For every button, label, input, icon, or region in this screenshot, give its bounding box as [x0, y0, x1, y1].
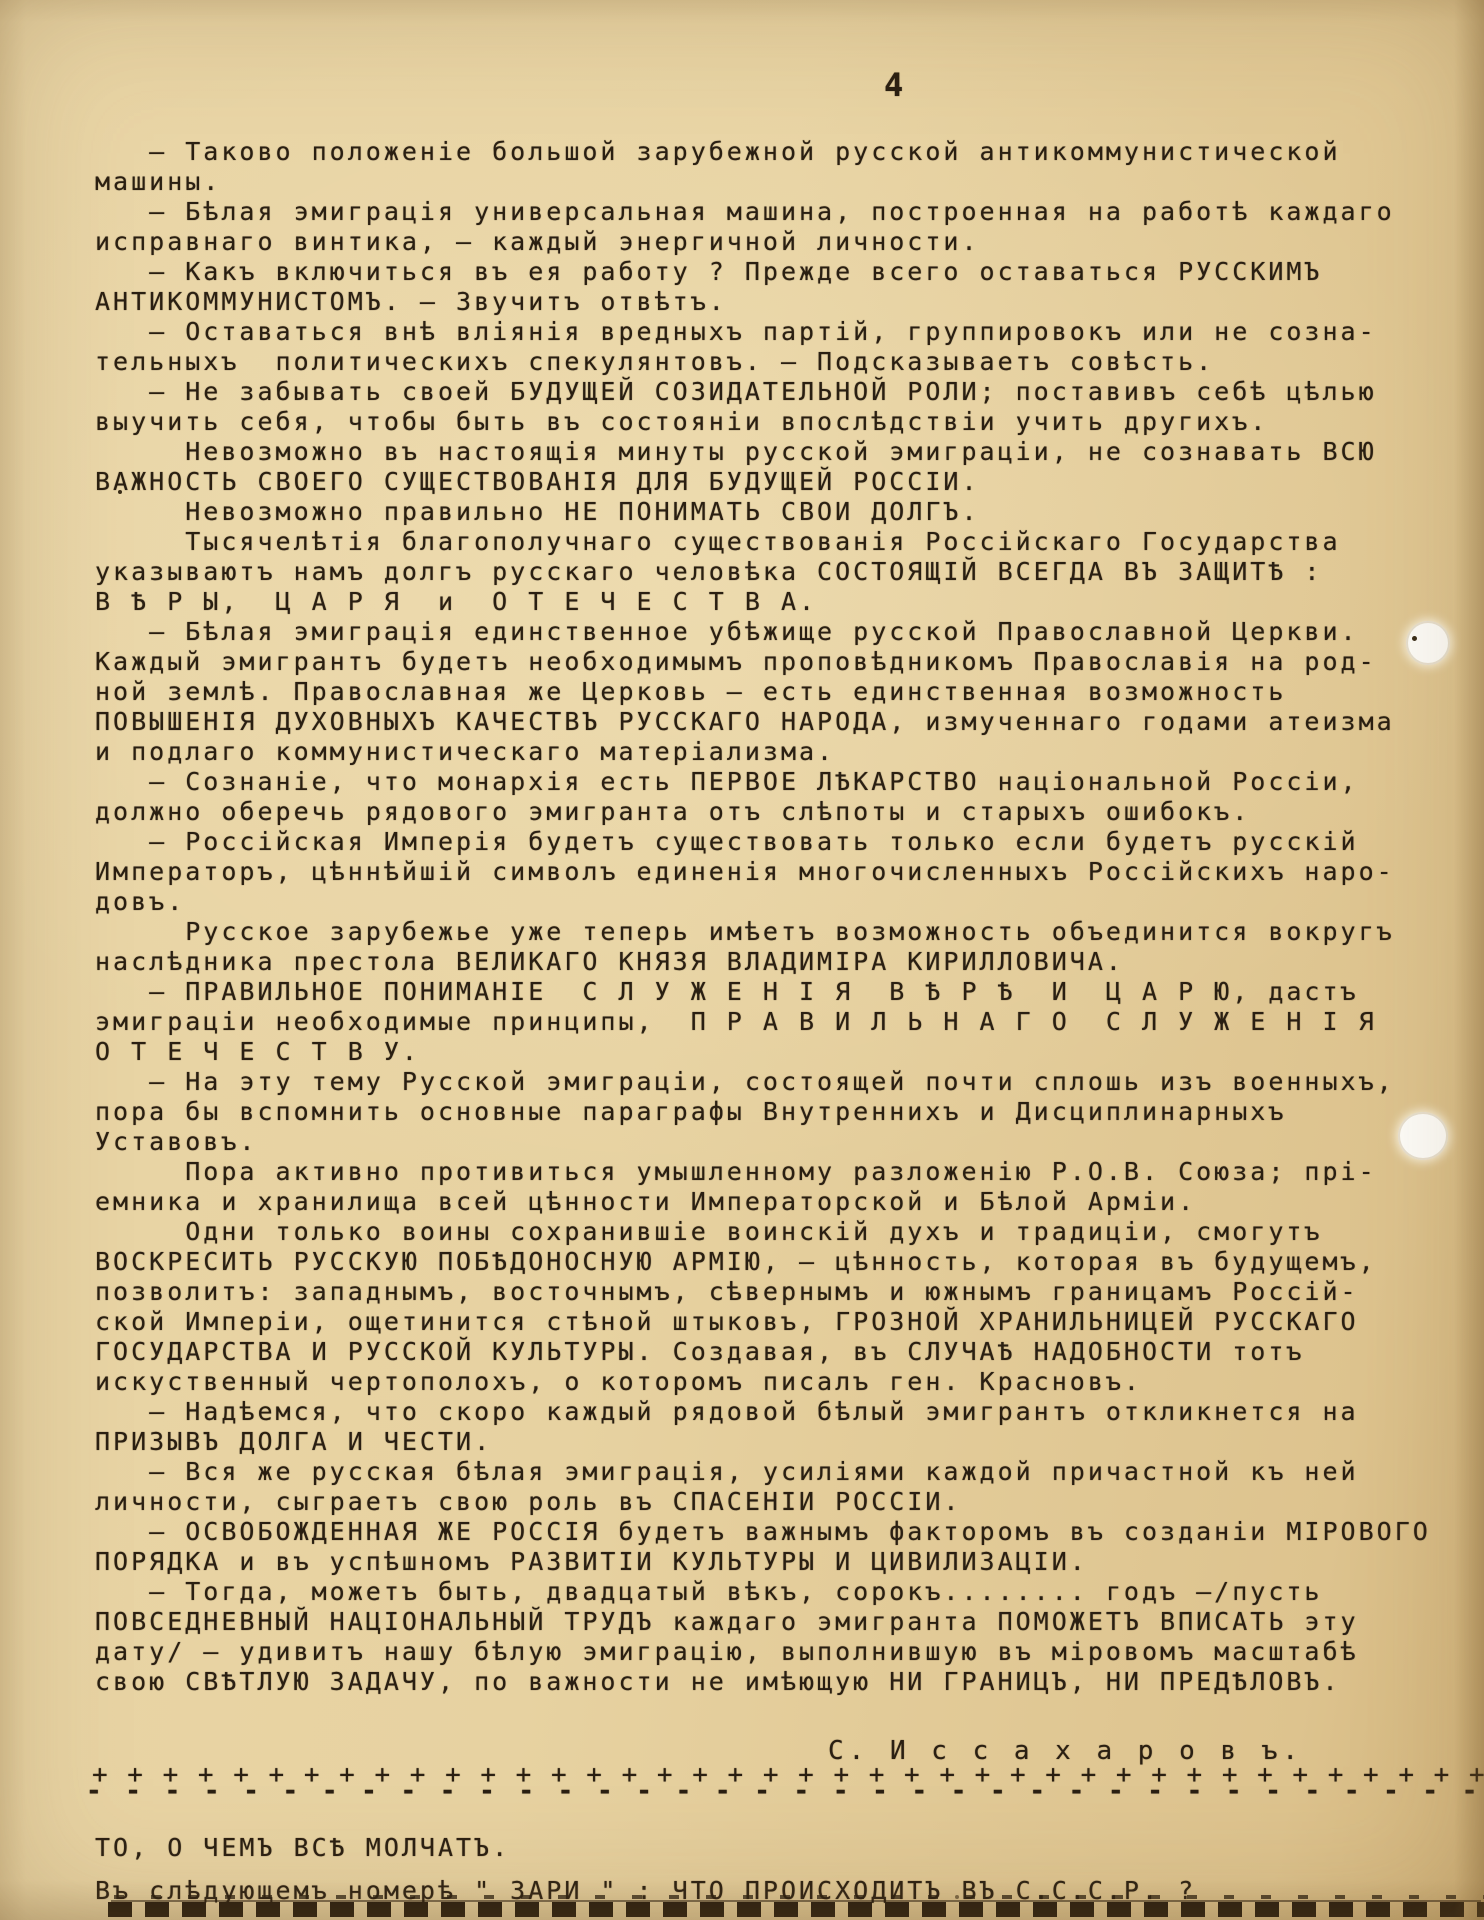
ink-speck: [955, 1895, 959, 1899]
text-line: дату/ – удивитъ нашу бѣлую эмиграцію, вы…: [95, 1637, 1475, 1667]
text-line: Уставовъ.: [95, 1127, 1475, 1157]
text-line: емника и хранилища всей цѣнности Императ…: [95, 1187, 1475, 1217]
text-line: ПОРЯДКА и въ успѣшномъ РАЗВИТІИ КУЛЬТУРЫ…: [95, 1547, 1475, 1577]
text-line: АНТИКОММУНИСТОМЪ. – Звучитъ отвѣтъ.: [95, 287, 1475, 317]
text-line: эмиграціи необходимые принципы, П Р А В …: [95, 1007, 1475, 1037]
text-line: машины.: [95, 167, 1475, 197]
text-line: – Бѣлая эмиграція единственное убѣжище р…: [95, 617, 1475, 647]
text-line: ПОВСЕДНЕВНЫЙ НАЦІОНАЛЬНЫЙ ТРУДЪ каждаго …: [95, 1607, 1475, 1637]
text-line: Пора активно противиться умышленному раз…: [95, 1157, 1475, 1187]
text-line: ской Имперіи, ощетинится стѣной штыковъ,…: [95, 1307, 1475, 1337]
text-line: свою СВѢТЛУЮ ЗАДАЧУ, по важности не имѣю…: [95, 1667, 1475, 1697]
typewritten-body: – Таково положеніе большой зарубежной ру…: [95, 137, 1475, 1697]
text-line: Русское зарубежье уже теперь имѣетъ возм…: [95, 917, 1475, 947]
text-line: и подлаго коммунистическаго матеріализма…: [95, 737, 1475, 767]
text-line: ВОСКРЕСИТЬ РУССКУЮ ПОБѢДОНОСНУЮ АРМІЮ, –…: [95, 1247, 1475, 1277]
text-line: – На эту тему Русской эмиграціи, состоящ…: [95, 1067, 1475, 1097]
text-line: ПРИЗЫВЪ ДОЛГА И ЧЕСТИ.: [95, 1427, 1475, 1457]
text-line: ВАЖНОСТЬ СВОЕГО СУЩЕСТВОВАНІЯ ДЛЯ БУДУЩЕ…: [95, 467, 1475, 497]
ink-speck: [118, 490, 122, 494]
text-line: Каждый эмигрантъ будетъ необходимымъ про…: [95, 647, 1475, 677]
text-line: ной землѣ. Православная же Церковь – ест…: [95, 677, 1475, 707]
footer-announcement: ТО, О ЧЕМЪ ВСѢ МОЛЧАТЪ. Въ слѣдующемъ но…: [95, 1826, 1475, 1912]
text-line: искуственный чертополохъ, о которомъ пис…: [95, 1367, 1475, 1397]
text-line: О Т Е Ч Е С Т В У.: [95, 1037, 1475, 1067]
page-number: 4: [884, 66, 905, 104]
text-line: – Какъ включиться въ ея работу ? Прежде …: [95, 257, 1475, 287]
text-line: Одни только воины сохранившіе воинскій д…: [95, 1217, 1475, 1247]
text-line: – ОСВОБОЖДЕННАЯ ЖЕ РОССІЯ будетъ важнымъ…: [95, 1517, 1475, 1547]
text-line: Невозможно въ настоящія минуты русской э…: [95, 437, 1475, 467]
text-line: пора бы вспомнить основные параграфы Вну…: [95, 1097, 1475, 1127]
text-line: исправнаго винтика, – каждый энергичной …: [95, 227, 1475, 257]
text-line: довъ.: [95, 887, 1475, 917]
text-line: наслѣдника престола ВЕЛИКАГО КНЯЗЯ ВЛАДИ…: [95, 947, 1475, 977]
ink-speck: [1412, 636, 1417, 641]
text-line: – Россійская Имперія будетъ существовать…: [95, 827, 1475, 857]
text-line: указываютъ намъ долгъ русскаго человѣка …: [95, 557, 1475, 587]
text-line: – Сознаніе, что монархія есть ПЕРВОЕ ЛѢК…: [95, 767, 1475, 797]
text-line: позволитъ: западнымъ, восточнымъ, сѣверн…: [95, 1277, 1475, 1307]
text-line: личности, сыграетъ свою роль въ СПАСЕНІИ…: [95, 1487, 1475, 1517]
punch-hole: [1406, 621, 1450, 665]
text-line: – Надѣемся, что скоро каждый рядовой бѣл…: [95, 1397, 1475, 1427]
text-line: В Ѣ Р Ы, Ц А Р Я и О Т Е Ч Е С Т В А.: [95, 587, 1475, 617]
text-line: – Вся же русская бѣлая эмиграція, усилія…: [95, 1457, 1475, 1487]
punch-hole: [1398, 1112, 1448, 1160]
text-line: должно оберечь рядового эмигранта отъ сл…: [95, 797, 1475, 827]
text-line: Невозможно правильно НЕ ПОНИМАТЬ СВОИ ДО…: [95, 497, 1475, 527]
text-line: – Бѣлая эмиграція универсальная машина, …: [95, 197, 1475, 227]
text-line: Тысячелѣтія благополучнаго существованія…: [95, 527, 1475, 557]
text-line: – Не забывать своей БУДУЩЕЙ СОЗИДАТЕЛЬНО…: [95, 377, 1475, 407]
text-line: – Тогда, можетъ быть, двадцатый вѣкъ, со…: [95, 1577, 1475, 1607]
text-line: выучить себя, чтобы быть въ состояніи вп…: [95, 407, 1475, 437]
text-line: – ПРАВИЛЬНОЕ ПОНИМАНІЕ С Л У Ж Е Н І Я В…: [95, 977, 1475, 1007]
text-line: ГОСУДАРСТВА И РУССКОЙ КУЛЬТУРЫ. Создавая…: [95, 1337, 1475, 1367]
text-line: Императоръ, цѣннѣйшій символъ единенія м…: [95, 857, 1475, 887]
document-page: 4 – Таково положеніе большой зарубежной …: [0, 0, 1484, 1920]
text-line: ПОВЫШЕНІЯ ДУХОВНЫХЪ КАЧЕСТВЪ РУССКАГО НА…: [95, 707, 1475, 737]
dash-separator-row: - - - - - - - - - - - - - - - - - - - - …: [86, 1776, 1484, 1806]
text-line: – Оставаться внѣ вліянія вредныхъ партій…: [95, 317, 1475, 347]
bottom-dashed-rule: [108, 1902, 1484, 1917]
text-line: тельныхъ политическихъ спекулянтовъ. – П…: [95, 347, 1475, 377]
footer-line-1: ТО, О ЧЕМЪ ВСѢ МОЛЧАТЪ.: [95, 1826, 1475, 1869]
text-line: – Таково положеніе большой зарубежной ру…: [95, 137, 1475, 167]
